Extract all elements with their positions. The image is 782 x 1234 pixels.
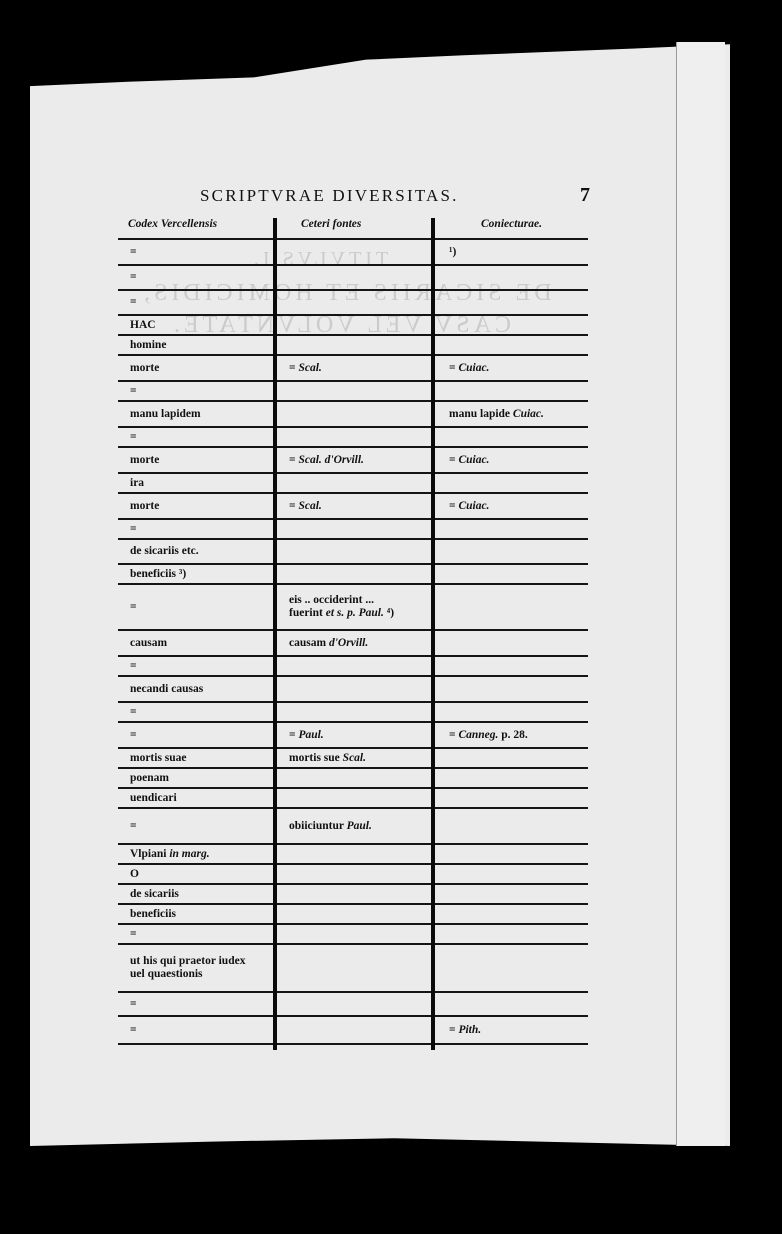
cell-ceteri: = Paul.	[273, 729, 431, 742]
cell-codex: de sicariis etc.	[118, 545, 273, 558]
column-divider	[273, 218, 277, 1050]
cell-codex: =	[118, 706, 273, 719]
table-row: =	[118, 923, 588, 943]
table-row: =	[118, 701, 588, 721]
cell-codex: =	[118, 385, 273, 398]
cell-coniecturae: manu lapide Cuiac.	[431, 408, 588, 421]
table-row: mortis suaemortis sue Scal.	[118, 747, 588, 767]
table-row: necandi causas	[118, 675, 588, 701]
table-row: == Paul.= Canneg. p. 28.	[118, 721, 588, 747]
table-row: morte= Scal.= Cuiac.	[118, 354, 588, 380]
cell-codex: mortis suae	[118, 752, 273, 765]
table-row: =¹)	[118, 238, 588, 264]
cell-codex: manu lapidem	[118, 408, 273, 421]
cell-ceteri: = Scal. d'Orvill.	[273, 454, 431, 467]
cell-codex: necandi causas	[118, 683, 273, 696]
cell-codex: =	[118, 601, 273, 614]
table-row: == Pith.	[118, 1015, 588, 1045]
running-title: SCRIPTVRAE DIVERSITAS.	[200, 186, 459, 206]
table-row: =	[118, 426, 588, 446]
cell-codex: =	[118, 523, 273, 536]
cell-codex: =	[118, 246, 273, 259]
table-row: morte= Scal.= Cuiac.	[118, 492, 588, 518]
cell-codex: =	[118, 998, 273, 1011]
cell-codex: morte	[118, 454, 273, 467]
table-row: O	[118, 863, 588, 883]
column-divider	[431, 218, 435, 1050]
table-row: causamcausam d'Orvill.	[118, 629, 588, 655]
table-row: Vlpiani in marg.	[118, 843, 588, 863]
cell-coniecturae: ¹)	[431, 246, 588, 259]
cell-codex: morte	[118, 500, 273, 513]
cell-codex: morte	[118, 362, 273, 375]
page-number: 7	[580, 184, 590, 207]
table-row: manu lapidemmanu lapide Cuiac.	[118, 400, 588, 426]
cell-codex: ira	[118, 477, 273, 490]
cell-codex: =	[118, 296, 273, 309]
table-row: =	[118, 289, 588, 314]
cell-codex: =	[118, 1024, 273, 1037]
table-row: =	[118, 380, 588, 400]
cell-ceteri: mortis sue Scal.	[273, 752, 431, 765]
column-header-coniecturae: Coniecturae.	[431, 218, 588, 238]
table-row: de sicariis	[118, 883, 588, 903]
table-row: ut his qui praetor iudex uel quaestionis	[118, 943, 588, 991]
cell-codex: =	[118, 660, 273, 673]
cell-ceteri: causam d'Orvill.	[273, 637, 431, 650]
cell-codex: =	[118, 431, 273, 444]
cell-codex: de sicariis	[118, 888, 273, 901]
cell-coniecturae: = Cuiac.	[431, 454, 588, 467]
cell-codex: Vlpiani in marg.	[118, 848, 273, 861]
table-row: de sicariis etc.	[118, 538, 588, 563]
cell-codex: HAC	[118, 319, 273, 332]
cell-codex: beneficiis ³)	[118, 568, 273, 581]
cell-codex: O	[118, 868, 273, 881]
cell-codex: poenam	[118, 772, 273, 785]
cell-coniecturae: = Cuiac.	[431, 500, 588, 513]
table-row: homine	[118, 334, 588, 354]
column-header-ceteri: Ceteri fontes	[273, 218, 431, 238]
cell-codex: =	[118, 271, 273, 284]
table-row: =eis .. occiderint ... fuerint et s. p. …	[118, 583, 588, 629]
table-header: Codex Vercellensis Ceteri fontes Coniect…	[118, 218, 588, 238]
cell-ceteri: = Scal.	[273, 500, 431, 513]
table-row: =	[118, 655, 588, 675]
table-row: ira	[118, 472, 588, 492]
table-row: morte= Scal. d'Orvill.= Cuiac.	[118, 446, 588, 472]
cell-codex: causam	[118, 637, 273, 650]
table-row: beneficiis ³)	[118, 563, 588, 583]
cell-coniecturae: = Pith.	[431, 1024, 588, 1037]
cell-ceteri: obiiciuntur Paul.	[273, 820, 431, 833]
table-row: poenam	[118, 767, 588, 787]
table-row: HAC	[118, 314, 588, 334]
table-row: uendicari	[118, 787, 588, 807]
table-row: beneficiis	[118, 903, 588, 923]
cell-codex: =	[118, 729, 273, 742]
cell-codex: homine	[118, 339, 273, 352]
cell-codex: =	[118, 928, 273, 941]
table-row: =obiiciuntur Paul.	[118, 807, 588, 843]
running-head: SCRIPTVRAE DIVERSITAS. 7	[200, 184, 590, 207]
cell-codex: beneficiis	[118, 908, 273, 921]
cell-coniecturae: = Canneg. p. 28.	[431, 729, 588, 742]
cell-codex: ut his qui praetor iudex uel quaestionis	[118, 955, 273, 981]
collation-table: Codex Vercellensis Ceteri fontes Coniect…	[118, 218, 588, 1045]
table-row: =	[118, 991, 588, 1015]
table-row: =	[118, 264, 588, 289]
cell-ceteri: = Scal.	[273, 362, 431, 375]
column-header-codex: Codex Vercellensis	[118, 218, 273, 238]
page-fold-edge	[676, 42, 725, 1146]
table-body: =¹)==HAChominemorte= Scal.= Cuiac.=manu …	[118, 238, 588, 1045]
cell-codex: =	[118, 820, 273, 833]
cell-ceteri: eis .. occiderint ... fuerint et s. p. P…	[273, 594, 431, 620]
cell-codex: uendicari	[118, 792, 273, 805]
table-row: =	[118, 518, 588, 538]
cell-coniecturae: = Cuiac.	[431, 362, 588, 375]
